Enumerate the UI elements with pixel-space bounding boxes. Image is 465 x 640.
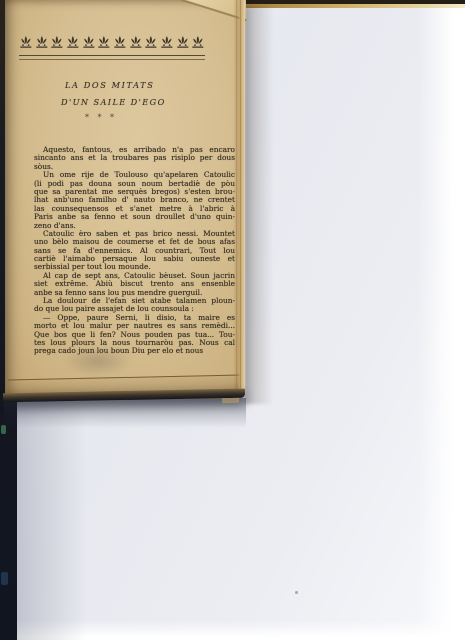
below-page-shadow — [17, 400, 87, 640]
paragraph: Un ome rije de Toulouso qu'apelaren Cato… — [34, 171, 235, 230]
palmette-leaf-ornament-icon — [97, 35, 111, 50]
book-cover-gilt-edge — [242, 4, 465, 8]
text-line: sans se fa d'ennemics. Al countrari, Tou… — [34, 247, 235, 255]
asterisk-divider: * * * — [61, 113, 141, 122]
page-fore-edge — [233, 0, 245, 399]
text-line: sòus. — [34, 163, 235, 171]
palmette-leaf-ornament-icon — [144, 35, 158, 50]
page-smudge-stain — [50, 340, 145, 382]
text-line: Catoulic èro saben et pas brico nessi. M… — [34, 230, 235, 238]
text-line: Paris anbe sa fenno et soun droullet d'u… — [34, 213, 235, 221]
paragraph: Catoulic èro saben et pas brico nessi. M… — [34, 230, 235, 272]
palmette-leaf-ornament-icon — [66, 35, 80, 50]
text-line: (li podi pas douna soun noum bertadiè de… — [34, 180, 235, 188]
text-line: Aquesto, fantous, es arribado n'a pas en… — [34, 146, 235, 154]
text-line: Al cap de sept ans, Catoulic bèuset. Sou… — [34, 272, 235, 280]
paragraph: Al cap de sept ans, Catoulic bèuset. Sou… — [34, 272, 235, 297]
ornament-rule-thin — [19, 59, 205, 60]
palmette-leaf-ornament-icon — [50, 35, 64, 50]
text-line: morto et lou malur per nautres es sans r… — [34, 322, 235, 330]
text-line: lhat anb'uno familho d' nauto branco, ne… — [34, 196, 235, 204]
palmette-leaf-ornament-icon — [35, 35, 49, 50]
paragraph: Aquesto, fantous, es arribado n'a pas en… — [34, 146, 235, 171]
paragraph: La doulour de l'efan siet atabe talamen … — [34, 297, 235, 314]
palmette-leaf-ornament-icon — [129, 35, 143, 50]
palmette-leaf-ornament-icon — [82, 35, 96, 50]
text-line: — Oppe, paure Serni, li disio, ta maire … — [34, 314, 235, 322]
text-line: cartiè l'aimabo persaque lou sabiu ounes… — [34, 255, 235, 263]
ornament-band — [19, 35, 205, 50]
chapter-title-line1: LA DOS MITATS — [65, 80, 154, 90]
text-line: sincanto ans et la troubares pas risiplo… — [34, 154, 235, 162]
text-line: las counsequensos et s'anet metre à l'ab… — [34, 205, 235, 213]
dust-dot — [295, 591, 298, 594]
chapter-title-line2: D'UN SAILE D'EGO — [61, 97, 166, 107]
fore-edge-line — [240, 0, 241, 399]
scan-speck — [1, 572, 8, 585]
text-line: zeno d'ans. — [34, 222, 235, 230]
text-line: Que bos que li fen? Nous pouden pas tua.… — [34, 331, 235, 339]
body-text: Aquesto, fantous, es arribado n'a pas en… — [34, 146, 235, 356]
scanned-book-photo: LA DOS MITATS D'UN SAILE D'EGO * * * Aqu… — [0, 0, 465, 640]
palmette-leaf-ornament-icon — [191, 35, 205, 50]
palmette-leaf-ornament-icon — [19, 35, 33, 50]
palmette-leaf-ornament-icon — [176, 35, 190, 50]
text-line: anbe sa fenno sans lou pus mendre guergu… — [34, 289, 235, 297]
palmette-leaf-ornament-icon — [160, 35, 174, 50]
text-line: uno bèlo maisou de coumerse et fet de bo… — [34, 238, 235, 246]
ornament-rule-thick — [19, 55, 205, 56]
text-line: serbissial per tout lou mounde. — [34, 263, 235, 271]
text-line: La doulour de l'efan siet atabe talamen … — [34, 297, 235, 305]
text-line: Un ome rije de Toulouso qu'apelaren Cato… — [34, 171, 235, 179]
text-line: que sa parentat me serquès bregos) s'est… — [34, 188, 235, 196]
fore-edge-line — [236, 0, 237, 399]
palmette-leaf-ornament-icon — [113, 35, 127, 50]
background-highlight-right — [418, 0, 465, 640]
text-line: do que lou paire assajet de lou counsoul… — [34, 305, 235, 313]
text-line: siet extrême. Abiù biscut trento ans ens… — [34, 280, 235, 288]
scan-speck — [1, 425, 6, 434]
book-page: LA DOS MITATS D'UN SAILE D'EGO * * * Aqu… — [5, 0, 245, 399]
page-right-shadow — [245, 6, 273, 404]
